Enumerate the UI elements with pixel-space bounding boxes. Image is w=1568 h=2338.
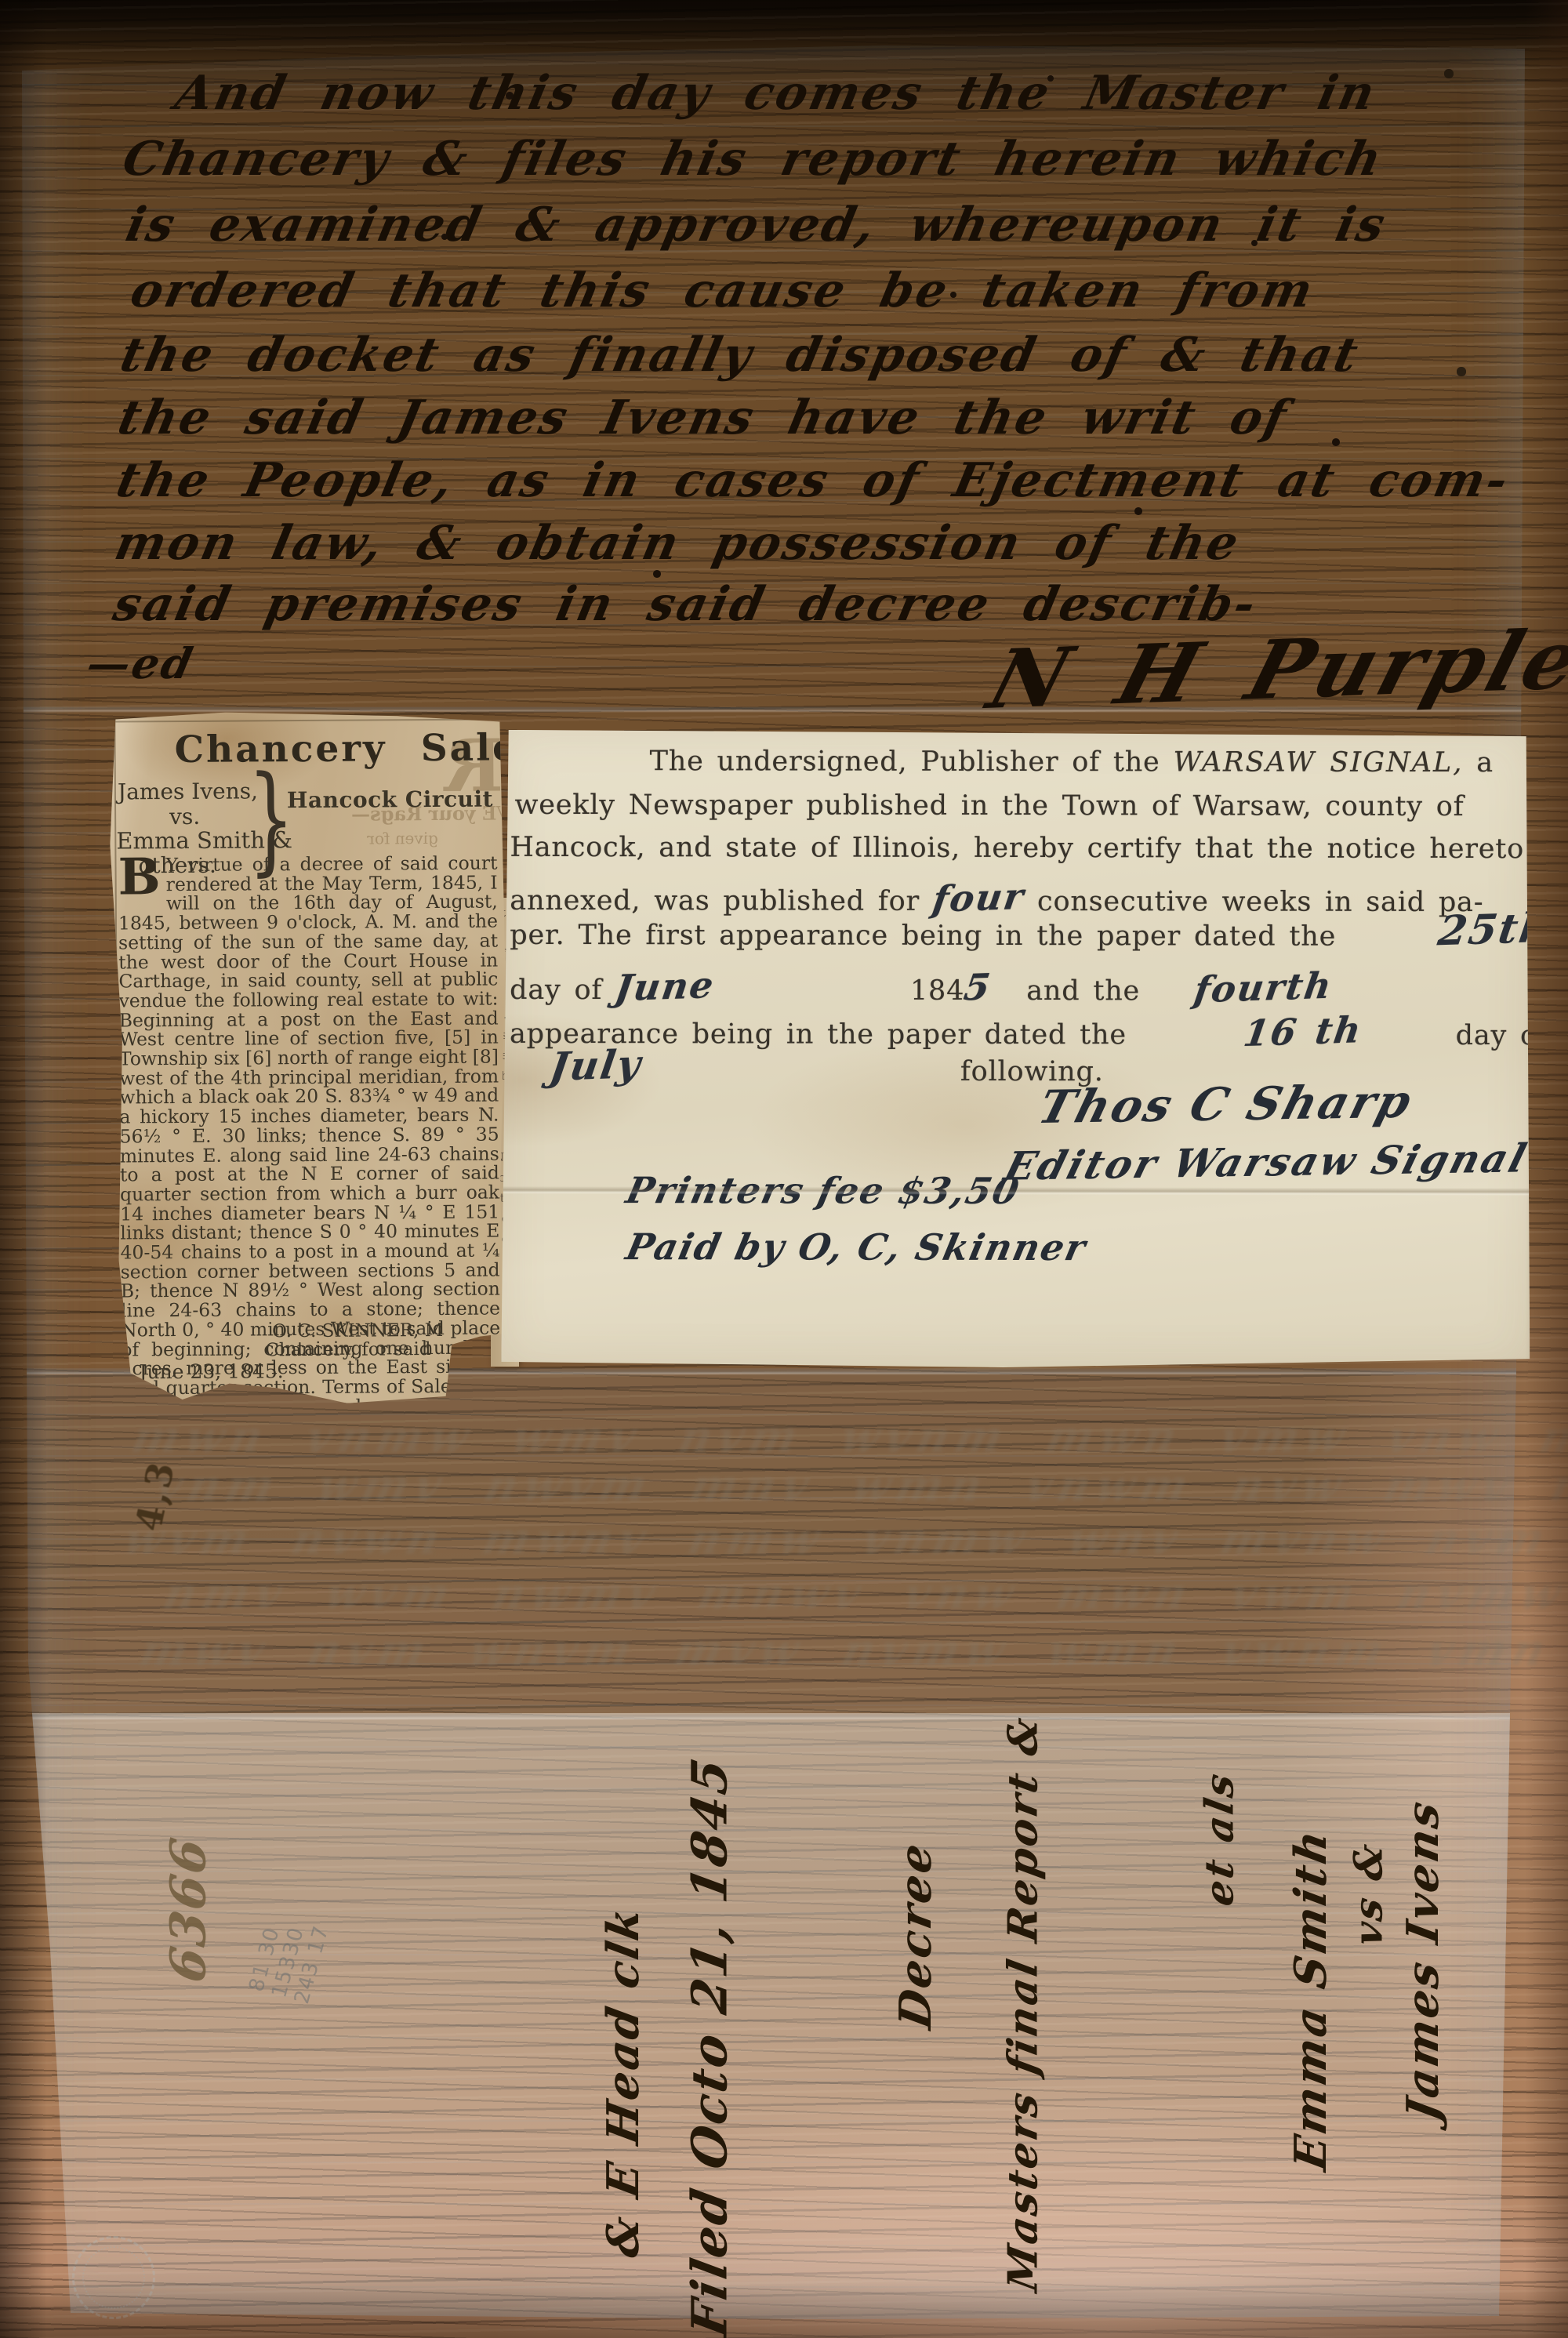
chancery-sale-clipping: R SAVE your Rags— given for Chancery Sal…: [107, 709, 507, 1404]
handwritten-second-day: 16 th: [1241, 1008, 1365, 1055]
certificate-line: per. The first appearance being in the p…: [510, 920, 1336, 953]
versus-label: vs.: [169, 804, 200, 830]
publisher-signature: Thos C Sharp: [1033, 1075, 1420, 1134]
printed-text: annexed, was published for: [510, 885, 933, 917]
photo-of-1845-court-documents: And now this day comes the Master in Cha…: [0, 0, 1568, 2338]
printed-text: and the: [1026, 975, 1140, 1007]
printed-text: consecutive weeks in said pa-: [1024, 886, 1483, 918]
handwritten-first-month: June: [612, 964, 717, 1009]
filing-note: Filed Octo 21, 1845: [681, 1752, 739, 2338]
ghost-line: vnm wmv nwvm mnv wmn vnwm nvw mwv nmw vn…: [151, 1460, 1568, 1512]
certificate-line: annexed, was published for four consecut…: [510, 876, 1483, 920]
endorsement-case-defendant: Emma Smith: [1285, 1824, 1337, 2174]
plaintiff-name: James Ivens,: [118, 778, 258, 804]
newspaper-name: WARSAW SIGNAL,: [1173, 746, 1463, 779]
endorsement-decree: Decree: [890, 1838, 942, 2033]
order-line: Chancery & files his report herein which: [118, 132, 1388, 187]
embossed-seal: [72, 2236, 155, 2319]
judge-signature: N H Purple: [978, 611, 1568, 728]
certificate-line: day of June1845and thefourth: [510, 965, 1332, 1009]
certificate-line: weekly Newspaper published in the Town o…: [515, 790, 1465, 822]
order-line: the docket as finally disposed of & that: [116, 328, 1365, 383]
certificate-line: The undersigned, Publisher of the WARSAW…: [650, 746, 1494, 779]
notice-date: June 23, 1845.: [139, 1360, 283, 1383]
endorsement-versus: vs &: [1345, 1838, 1392, 1949]
printed-year: 184: [910, 975, 964, 1007]
handwritten-second-month: July: [546, 1040, 644, 1090]
ghost-line: nmv wvm nwmv mnwv vnw mwn vwm nvmw wnm v…: [158, 1568, 1568, 1620]
verso-print-fragment: given for: [367, 829, 438, 848]
endorsement-et-als: et als: [1196, 1768, 1243, 1909]
certificate-line: appearance being in the paper dated the1…: [510, 1009, 1548, 1053]
order-line: the said James Ivens have the writ of: [114, 390, 1294, 445]
order-line: the People, as in cases of Ejectment at …: [112, 453, 1515, 508]
publisher-title: Editor Warsaw Signal: [1000, 1135, 1534, 1189]
handwritten-first-day: 25th: [1436, 904, 1555, 956]
printed-text: day of: [1456, 1020, 1548, 1051]
certificate-line: Hancock, and state of Illinois, hereby c…: [510, 832, 1524, 865]
ghost-line: mwv nvm wnvm mvw nvmw wmn vwnm vmn wvn m…: [135, 1625, 1568, 1676]
ink-spatter: [0, 0, 3, 3]
order-line: said premises in said decree describ-: [109, 577, 1263, 632]
order-line: —ed: [82, 638, 199, 688]
paid-by-note: Paid by O, C, Skinner: [622, 1225, 1091, 1269]
clerk-signature: & E Head clk: [597, 1902, 649, 2261]
handwritten-year-digit: 5: [961, 965, 994, 1008]
column-rule: [115, 719, 498, 723]
fold-crease: [22, 1713, 1525, 1720]
handwritten-ordinal: fourth: [1192, 964, 1336, 1011]
order-line: mon law, & obtain possession of the: [111, 516, 1246, 571]
endorsement-case-plaintiff: James Ivens: [1397, 1795, 1449, 2125]
docket-number: 6366: [160, 1832, 217, 1986]
printed-text: day of: [510, 975, 615, 1006]
ghost-line: mwn vnmw wmv nvm wvnm mwn vmw vnw mvn wn…: [127, 1411, 1568, 1463]
order-line: And now this day comes the Master in: [171, 66, 1382, 121]
printed-text: a: [1463, 747, 1494, 779]
printed-text: The undersigned, Publisher of the: [650, 746, 1174, 778]
warsaw-signal-certificate: The undersigned, Publisher of the WARSAW…: [501, 730, 1530, 1368]
order-line: ordered that this cause be taken from: [126, 263, 1320, 318]
drop-cap: B: [118, 858, 160, 897]
clipping-title: Chancery Sale.: [174, 726, 533, 771]
master-title: Chancery, for said: [265, 1339, 430, 1360]
order-line: is examined & approved, whereupon it is: [122, 198, 1392, 252]
handwritten-weeks: four: [930, 875, 1028, 920]
endorsement-report: Masters final Report &: [1000, 1712, 1047, 2295]
ghost-line: wvm nvwn mwnv nmw vnmw wnv mvnw nvm wmv …: [119, 1513, 1568, 1565]
